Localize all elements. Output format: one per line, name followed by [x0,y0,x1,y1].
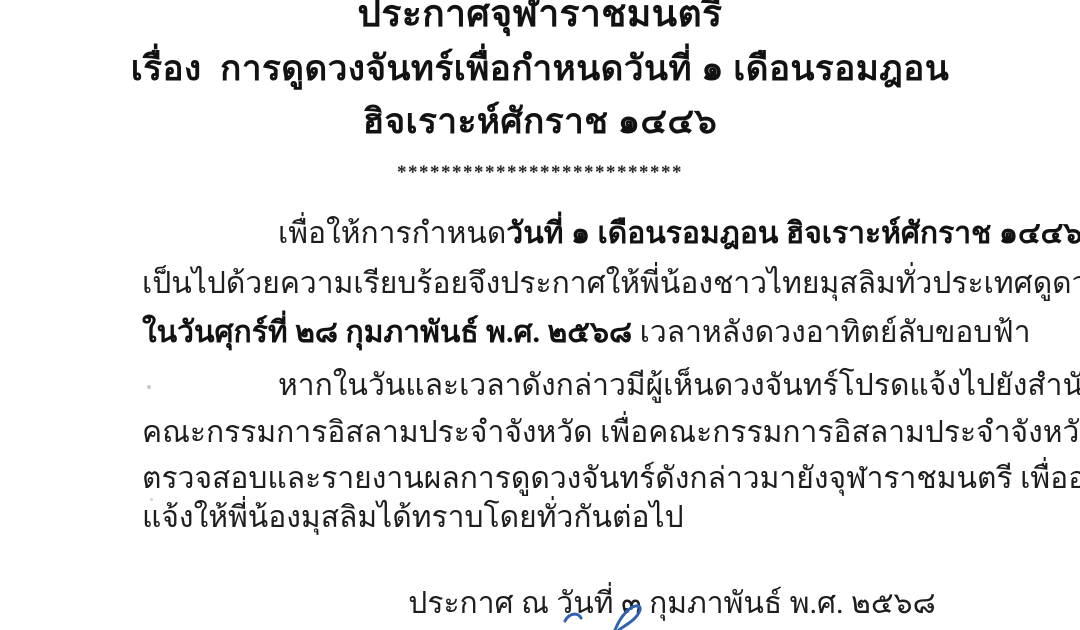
paragraph1-line2: เป็นไปด้วยความเรียบร้อยจึงประกาศให้พี่น้… [142,262,1080,306]
hijri-year-line: ฮิจเราะห์ศักราช ๑๔๔๖ [0,97,1080,147]
scan-speckle [150,498,153,501]
scan-speckle [147,385,151,389]
issued-date-line: ประกาศ ณ วันที่ ๓ กุมภาพันธ์ พ.ศ. ๒๕๖๘ [408,580,935,627]
paragraph1-line3: ในวันศุกร์ที่ ๒๘ กุมภาพันธ์ พ.ศ. ๒๕๖๘ เว… [142,311,1031,355]
paragraph1-line1: เพื่อให้การกำหนดวันที่ ๑ เดือนรอมฎอน ฮิจ… [278,212,1080,256]
paragraph2-line4: แจ้งให้พี่น้องมุสลิมได้ทราบโดยทั่วกันต่อ… [142,496,684,540]
scanned-announcement-page: ประกาศจุฬาราชมนตรี เรื่อง การดูดวงจันทร์… [0,0,1080,630]
paragraph1-line1-bold-date: วันที่ ๑ เดือนรอมฎอน ฮิจเราะห์ศักราช ๑๔๔… [506,217,1080,250]
signature-stroke-left [565,614,581,621]
paragraph1-line3-regular: เวลาหลังดวงอาทิตย์ลับขอบฟ้า [632,316,1030,349]
subject-line: เรื่อง การดูดวงจันทร์เพื่อกำหนดวันที่ ๑ … [0,44,1080,94]
paragraph1-line1-regular: เพื่อให้การกำหนด [278,217,506,250]
signature-stroke-right [615,606,640,630]
asterisk-divider: ************************** [0,162,1080,184]
paragraph2-line3: ตรวจสอบและรายงานผลการดูดวงจันทร์ดังกล่าว… [142,457,1080,501]
paragraph1-line3-bold-date: ในวันศุกร์ที่ ๒๘ กุมภาพันธ์ พ.ศ. ๒๕๖๘ [142,316,632,349]
paragraph2-line2: คณะกรรมการอิสลามประจำจังหวัด เพื่อคณะกรร… [142,411,1080,455]
signature-ink-stroke [543,603,663,630]
paragraph2-line1: หากในวันและเวลาดังกล่าวมีผู้เห็นดวงจันทร… [278,364,1080,408]
page-title: ประกาศจุฬาราชมนตรี [0,0,1080,40]
